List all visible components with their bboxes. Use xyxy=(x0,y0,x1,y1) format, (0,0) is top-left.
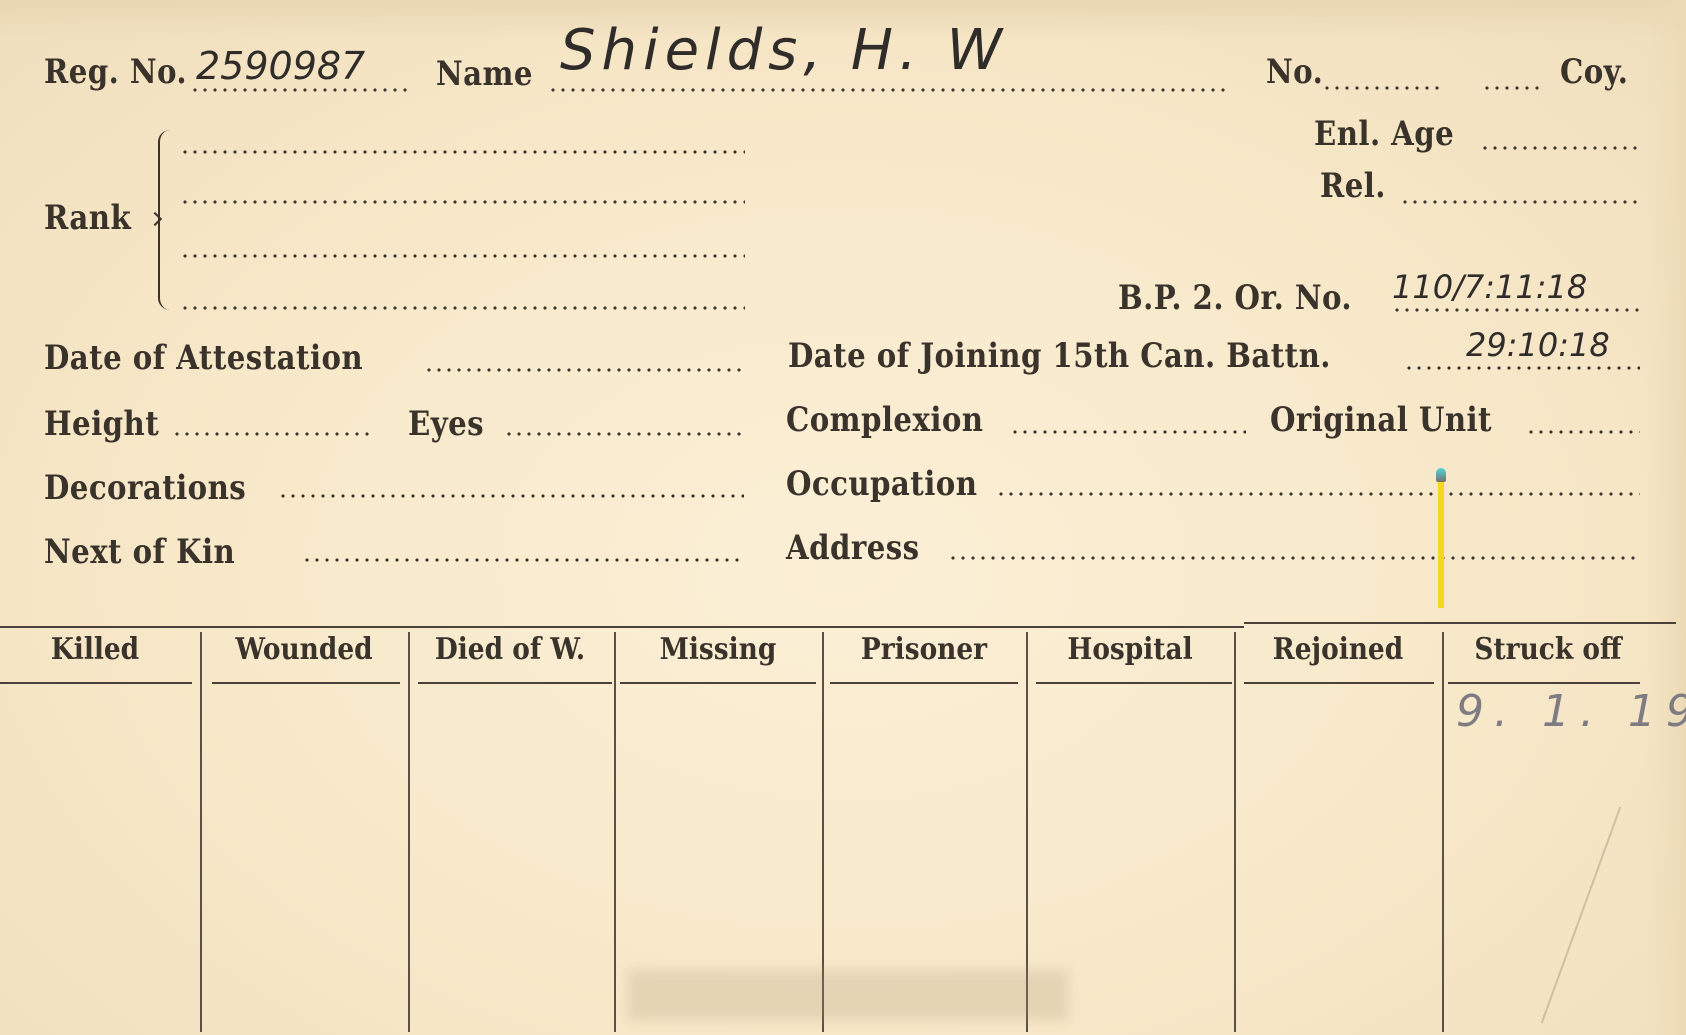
highlighter-tip xyxy=(1436,468,1446,482)
underline-killed xyxy=(0,682,192,684)
col-hospital: Hospital xyxy=(1042,632,1218,667)
underline-hospital xyxy=(1036,682,1232,684)
reg-no-dots xyxy=(190,88,410,92)
coy-dots xyxy=(1482,86,1542,90)
col-divider-3 xyxy=(614,632,616,1032)
occupation-dots xyxy=(996,492,1640,496)
height-label: Height xyxy=(44,404,159,444)
reg-no-value: 2590987 xyxy=(196,44,365,88)
col-missing: Missing xyxy=(632,632,804,667)
rank-line-2 xyxy=(180,200,745,204)
service-record-card: Reg. No. 2590987 Name Shields, H. W No. … xyxy=(0,0,1686,1035)
rel-label: Rel. xyxy=(1320,166,1386,206)
underline-struck-off xyxy=(1448,682,1640,684)
enl-age-label: Enl. Age xyxy=(1314,114,1454,154)
no-label: No. xyxy=(1266,52,1323,92)
attestation-label: Date of Attestation xyxy=(44,338,363,378)
no-dots xyxy=(1322,86,1442,90)
decorations-dots xyxy=(278,494,744,498)
name-dots xyxy=(548,88,1228,92)
complexion-dots xyxy=(1010,430,1246,434)
joining-dots xyxy=(1404,366,1640,370)
occupation-label: Occupation xyxy=(786,464,977,504)
original-unit-label: Original Unit xyxy=(1270,400,1492,440)
name-label: Name xyxy=(436,54,533,94)
attestation-dots xyxy=(424,368,744,372)
height-dots xyxy=(172,432,372,436)
table-top-rule xyxy=(0,626,1244,628)
bp2-label: B.P. 2. Or. No. xyxy=(1118,278,1352,318)
complexion-label: Complexion xyxy=(786,400,983,440)
next-of-kin-dots xyxy=(302,558,744,562)
decorations-label: Decorations xyxy=(44,468,246,508)
col-died-of-wounds: Died of W. xyxy=(422,632,598,667)
address-dots xyxy=(948,556,1640,560)
underline-missing xyxy=(620,682,816,684)
col-prisoner: Prisoner xyxy=(838,632,1010,667)
address-label: Address xyxy=(786,528,920,568)
col-wounded: Wounded xyxy=(218,632,390,667)
underline-prisoner xyxy=(830,682,1018,684)
name-value: Shields, H. W xyxy=(560,18,1008,83)
rank-label: Rank xyxy=(44,198,131,238)
next-of-kin-label: Next of Kin xyxy=(44,532,235,572)
underline-wounded xyxy=(212,682,400,684)
col-rejoined: Rejoined xyxy=(1250,632,1426,667)
col-divider-6 xyxy=(1234,632,1236,1032)
bp2-value: 110/7:11:18 xyxy=(1392,268,1587,306)
rel-dots xyxy=(1400,200,1640,204)
rank-line-4 xyxy=(180,306,745,310)
paper-crease xyxy=(1541,807,1622,1024)
rank-line-1 xyxy=(180,150,745,154)
rank-brace xyxy=(158,130,174,310)
coy-label: Coy. xyxy=(1560,52,1628,92)
struck-off-date: 9. 1. 19 xyxy=(1456,686,1686,737)
col-divider-2 xyxy=(408,632,410,1032)
table-top-rule-right xyxy=(1244,622,1676,624)
eyes-label: Eyes xyxy=(408,404,484,444)
reg-no-label: Reg. No. xyxy=(44,52,187,92)
col-killed: Killed xyxy=(20,632,170,667)
col-divider-7 xyxy=(1442,632,1444,1032)
rank-line-3 xyxy=(180,254,745,258)
underline-rejoined xyxy=(1244,682,1434,684)
original-unit-dots xyxy=(1526,430,1640,434)
col-divider-1 xyxy=(200,632,202,1032)
enl-age-dots xyxy=(1480,146,1640,150)
joining-value: 29:10:18 xyxy=(1466,326,1610,364)
paper-smudge xyxy=(628,970,1068,1020)
joining-label: Date of Joining 15th Can. Battn. xyxy=(788,336,1331,376)
bp2-dots xyxy=(1392,308,1640,312)
eyes-dots xyxy=(504,432,744,436)
paper-edge xyxy=(1646,0,1686,1035)
highlighter-mark xyxy=(1438,470,1444,608)
underline-died xyxy=(418,682,612,684)
col-struck-off: Struck off xyxy=(1460,632,1636,667)
